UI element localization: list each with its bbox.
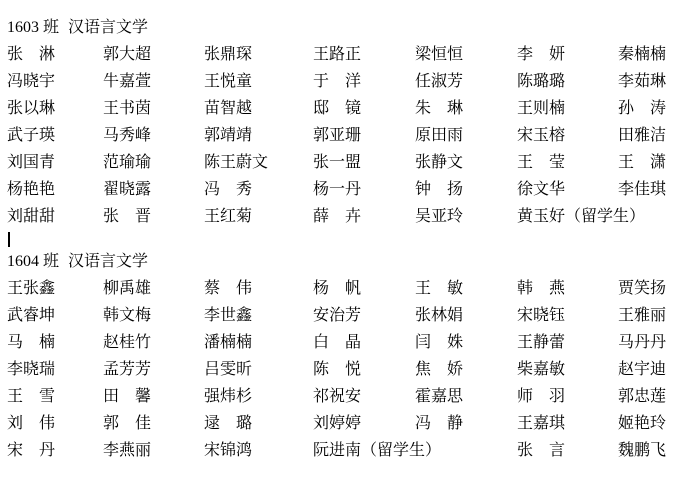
- student-name: 王 潇: [618, 149, 677, 176]
- student-name: 宋锦鸿: [204, 437, 313, 464]
- table-row: 刘国青范瑜瑜陈王蔚文张一盟张静文王 莹王 潇: [7, 149, 677, 176]
- student-name: 武子瑛: [7, 122, 103, 149]
- student-name: 郭亚珊: [313, 122, 415, 149]
- student-name: 王嘉琪: [517, 410, 618, 437]
- student-name: 闫 姝: [415, 329, 517, 356]
- student-name: 柳禹雄: [103, 275, 204, 302]
- student-name: 王则楠: [517, 95, 618, 122]
- class-number-label: 1604 班: [7, 253, 59, 270]
- student-name: [415, 437, 517, 464]
- text-cursor: [8, 232, 10, 247]
- student-name: 梁恒恒: [415, 41, 517, 68]
- table-row: 王张鑫柳禹雄蔡 伟杨 帆王 敏韩 燕贾笑扬: [7, 275, 677, 302]
- table-row: 宋 丹李燕丽宋锦鸿阮进南（留学生）张 言魏鹏飞: [7, 437, 677, 464]
- student-name: 吴亚玲: [415, 203, 517, 230]
- student-name: 祁祝安: [313, 383, 415, 410]
- student-name: 钟 扬: [415, 176, 517, 203]
- table-row: 张 淋郭大超张鼎琛王路正梁恒恒李 妍秦楠楠: [7, 41, 677, 68]
- student-name: 黄玉好（留学生）: [517, 203, 618, 230]
- student-name: 陈王蔚文: [204, 149, 313, 176]
- student-name: 姬艳玲: [618, 410, 677, 437]
- student-name: 焦 娇: [415, 356, 517, 383]
- student-name: 刘婷婷: [313, 410, 415, 437]
- student-name: 张 言: [517, 437, 618, 464]
- student-name: 于 洋: [313, 68, 415, 95]
- document-content: 1603 班汉语言文学张 淋郭大超张鼎琛王路正梁恒恒李 妍秦楠楠冯晓宇牛嘉萱王悦…: [7, 14, 677, 464]
- student-name: 陈璐璐: [517, 68, 618, 95]
- student-name: 霍嘉思: [415, 383, 517, 410]
- student-name: 张 淋: [7, 41, 103, 68]
- student-name: 李晓瑞: [7, 356, 103, 383]
- student-name: 白 晶: [313, 329, 415, 356]
- student-name: 秦楠楠: [618, 41, 677, 68]
- student-name: 翟晓露: [103, 176, 204, 203]
- student-name: 张 晋: [103, 203, 204, 230]
- student-name: 田 馨: [103, 383, 204, 410]
- student-name: 邸 镜: [313, 95, 415, 122]
- student-name: 刘甜甜: [7, 203, 103, 230]
- student-name: 郭大超: [103, 41, 204, 68]
- student-name: 刘 伟: [7, 410, 103, 437]
- class-section: 1604 班汉语言文学王张鑫柳禹雄蔡 伟杨 帆王 敏韩 燕贾笑扬武睿坤韩文梅李世…: [7, 248, 677, 464]
- student-name: 冯 秀: [204, 176, 313, 203]
- student-name: 宋 丹: [7, 437, 103, 464]
- student-name: 逯 璐: [204, 410, 313, 437]
- section-title: 1603 班汉语言文学: [7, 14, 677, 41]
- student-name: 郭 佳: [103, 410, 204, 437]
- table-row: 刘甜甜张 晋王红菊薛 卉吴亚玲黄玉好（留学生）: [7, 203, 677, 230]
- student-name: 杨 帆: [313, 275, 415, 302]
- student-name: 王 敏: [415, 275, 517, 302]
- student-name: 赵桂竹: [103, 329, 204, 356]
- student-name: 张静文: [415, 149, 517, 176]
- table-row: 武子瑛马秀峰郭靖靖郭亚珊原田雨宋玉榕田雅洁: [7, 122, 677, 149]
- student-name: 赵宇迪: [618, 356, 677, 383]
- table-row: 刘 伟郭 佳逯 璐刘婷婷冯 静王嘉琪姬艳玲: [7, 410, 677, 437]
- student-name: 薛 卉: [313, 203, 415, 230]
- student-name: 张以琳: [7, 95, 103, 122]
- student-name: [618, 203, 677, 230]
- student-name: 李 妍: [517, 41, 618, 68]
- student-name: 李佳琪: [618, 176, 677, 203]
- table-row: 马 楠赵桂竹潘楠楠白 晶闫 姝王静蕾马丹丹: [7, 329, 677, 356]
- student-name: 牛嘉萱: [103, 68, 204, 95]
- student-name: 王悦童: [204, 68, 313, 95]
- class-section: 1603 班汉语言文学张 淋郭大超张鼎琛王路正梁恒恒李 妍秦楠楠冯晓宇牛嘉萱王悦…: [7, 14, 677, 230]
- student-name: 李茹琳: [618, 68, 677, 95]
- student-name: 韩文梅: [103, 302, 204, 329]
- major-label: 汉语言文学: [68, 19, 148, 36]
- table-row: 杨艳艳翟晓露冯 秀杨一丹钟 扬徐文华李佳琪: [7, 176, 677, 203]
- student-name: 杨一丹: [313, 176, 415, 203]
- major-label: 汉语言文学: [68, 253, 148, 270]
- student-name: 王书茵: [103, 95, 204, 122]
- student-name: 刘国青: [7, 149, 103, 176]
- student-name: 杨艳艳: [7, 176, 103, 203]
- student-name: 冯晓宇: [7, 68, 103, 95]
- table-row: 李晓瑞孟芳芳吕雯昕陈 悦焦 娇柴嘉敏赵宇迪: [7, 356, 677, 383]
- student-name: 强炜杉: [204, 383, 313, 410]
- student-name: 范瑜瑜: [103, 149, 204, 176]
- student-name: 孙 涛: [618, 95, 677, 122]
- table-row: 张以琳王书茵苗智越邸 镜朱 琳王则楠孙 涛: [7, 95, 677, 122]
- section-title: 1604 班汉语言文学: [7, 248, 677, 275]
- student-name: 田雅洁: [618, 122, 677, 149]
- student-name: 张林娟: [415, 302, 517, 329]
- student-name: 马丹丹: [618, 329, 677, 356]
- student-name: 吕雯昕: [204, 356, 313, 383]
- table-row: 王 雪田 馨强炜杉祁祝安霍嘉思师 羽郭忠莲: [7, 383, 677, 410]
- student-name: 马 楠: [7, 329, 103, 356]
- student-name: 王路正: [313, 41, 415, 68]
- student-name: 郭忠莲: [618, 383, 677, 410]
- student-name: 安治芳: [313, 302, 415, 329]
- student-name: 冯 静: [415, 410, 517, 437]
- student-name: 阮进南（留学生）: [313, 437, 415, 464]
- student-name: 宋玉榕: [517, 122, 618, 149]
- student-name: 贾笑扬: [618, 275, 677, 302]
- student-name: 任淑芳: [415, 68, 517, 95]
- student-name: 王静蕾: [517, 329, 618, 356]
- student-name: 李世鑫: [204, 302, 313, 329]
- student-name: 师 羽: [517, 383, 618, 410]
- student-name: 王 莹: [517, 149, 618, 176]
- student-name: 张一盟: [313, 149, 415, 176]
- student-name: 蔡 伟: [204, 275, 313, 302]
- student-name: 王红菊: [204, 203, 313, 230]
- student-name: 郭靖靖: [204, 122, 313, 149]
- class-number-label: 1603 班: [7, 19, 59, 36]
- student-name: 苗智越: [204, 95, 313, 122]
- student-name: 原田雨: [415, 122, 517, 149]
- document-page: 1603 班汉语言文学张 淋郭大超张鼎琛王路正梁恒恒李 妍秦楠楠冯晓宇牛嘉萱王悦…: [0, 0, 677, 464]
- blank-line: [7, 230, 677, 248]
- student-name: 孟芳芳: [103, 356, 204, 383]
- student-name: 魏鹏飞: [618, 437, 677, 464]
- student-name: 马秀峰: [103, 122, 204, 149]
- student-name: 徐文华: [517, 176, 618, 203]
- student-name: 宋晓钰: [517, 302, 618, 329]
- student-name: 武睿坤: [7, 302, 103, 329]
- student-name: 李燕丽: [103, 437, 204, 464]
- student-name: 张鼎琛: [204, 41, 313, 68]
- table-row: 冯晓宇牛嘉萱王悦童于 洋任淑芳陈璐璐李茹琳: [7, 68, 677, 95]
- student-name: 王 雪: [7, 383, 103, 410]
- student-name: 柴嘉敏: [517, 356, 618, 383]
- student-name: 王雅丽: [618, 302, 677, 329]
- student-name: 陈 悦: [313, 356, 415, 383]
- table-row: 武睿坤韩文梅李世鑫安治芳张林娟宋晓钰王雅丽: [7, 302, 677, 329]
- student-name: 韩 燕: [517, 275, 618, 302]
- student-name: 潘楠楠: [204, 329, 313, 356]
- student-name: 王张鑫: [7, 275, 103, 302]
- student-name: 朱 琳: [415, 95, 517, 122]
